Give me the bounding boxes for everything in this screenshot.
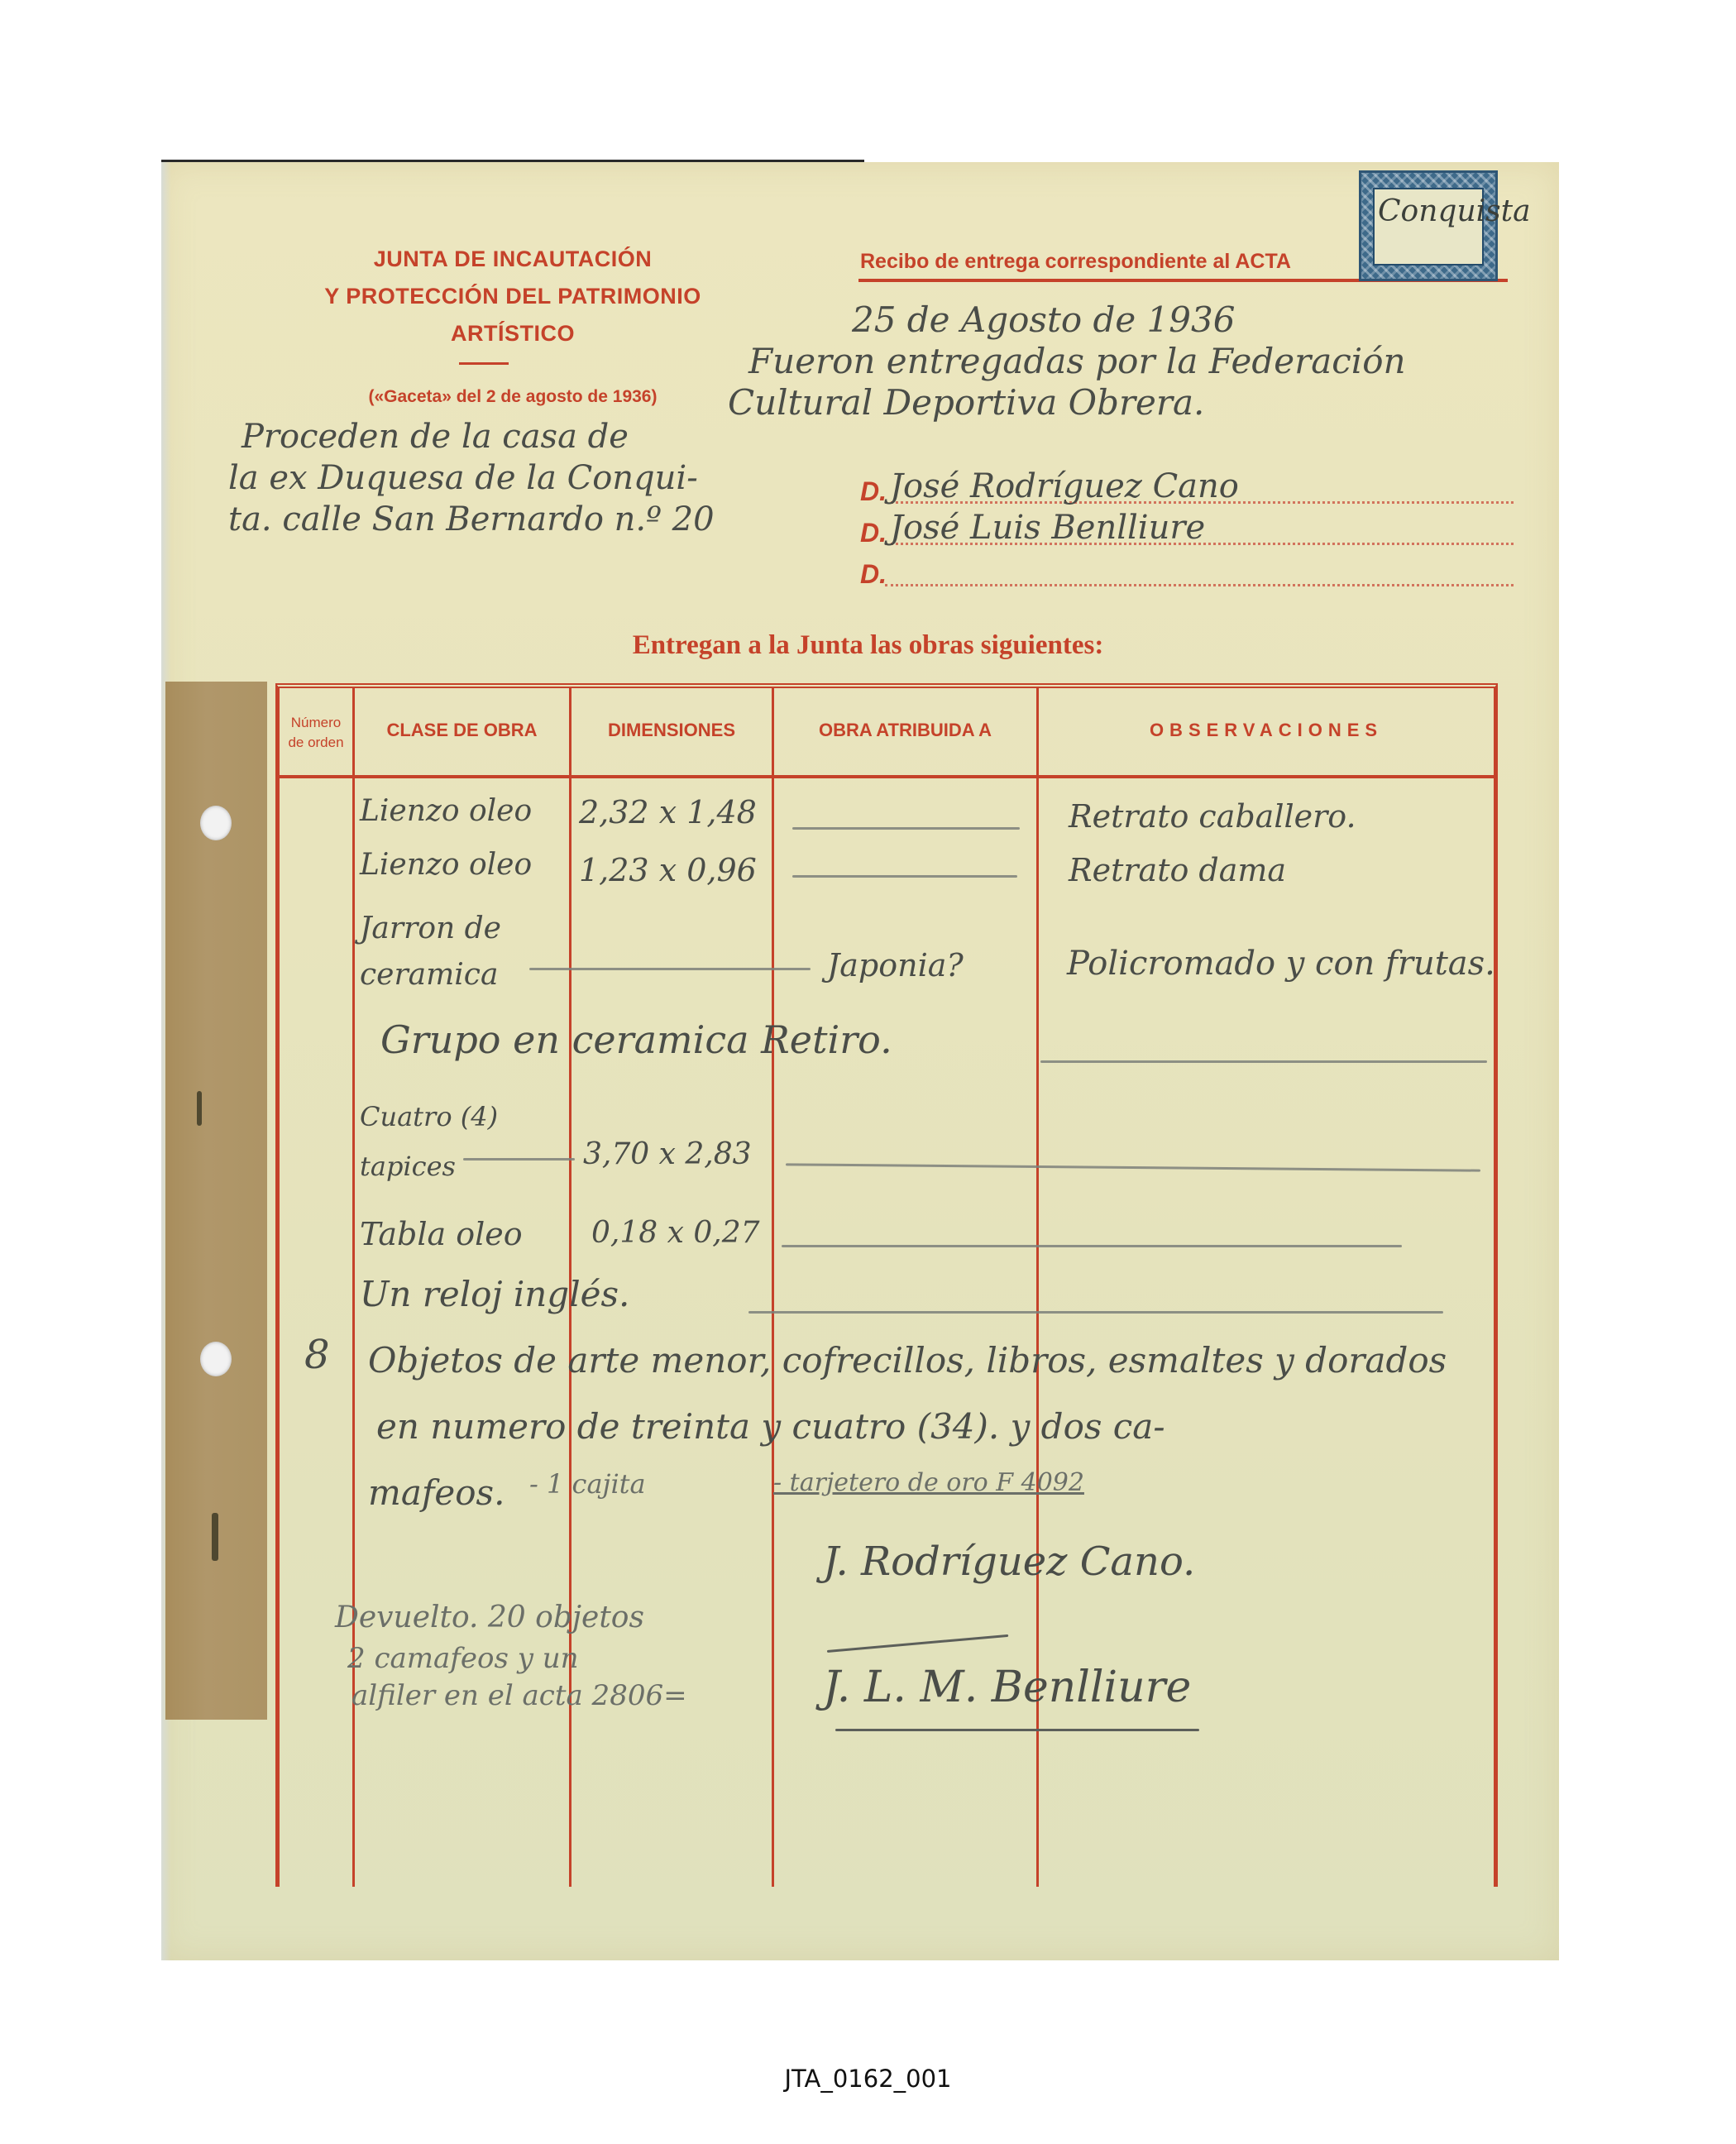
row5-clase: Cuatro (4) tapices	[360, 1092, 550, 1191]
col-header-numero-line1: Número	[280, 713, 352, 733]
signature-rodriguez-cano: J. Rodríguez Cano.	[823, 1539, 1195, 1585]
deliverer-row-3: D.	[860, 558, 1514, 591]
row8-line-2: en numero de treinta y cuatro (34). y do…	[376, 1406, 1165, 1447]
d-prefix: D.	[860, 518, 887, 548]
header-divider	[280, 775, 1494, 778]
row3-clase: Jarron de ceramica	[360, 906, 525, 998]
devuelto-line-2: 2 camafeos y un	[347, 1642, 579, 1675]
row6-dash	[782, 1245, 1402, 1247]
row5-clase-dash	[463, 1158, 575, 1161]
devuelto-line-1: Devuelto. 20 objetos	[335, 1601, 644, 1634]
org-divider	[459, 362, 509, 365]
row2-clase: Lienzo oleo	[360, 848, 532, 882]
dotted-line	[885, 584, 1514, 586]
row4-clase: Grupo en ceramica Retiro.	[380, 1017, 892, 1062]
deliverer-name: José Luis Benlliure	[890, 509, 1205, 547]
row1-clase: Lienzo oleo	[360, 794, 532, 828]
binding-tab	[165, 682, 267, 1720]
punch-hole	[200, 1342, 232, 1376]
row2-observaciones: Retrato dama	[1069, 852, 1286, 888]
stamp-text: Conquista	[1378, 194, 1531, 228]
col-header-observaciones: OBSERVACIONES	[1039, 720, 1494, 741]
pencil-note-tarjetero: - tarjetero de oro F 4092	[773, 1468, 1084, 1497]
row3-atribuida: Japonia?	[827, 947, 964, 983]
row8-line-3: mafeos.	[368, 1472, 505, 1513]
row2-atribuida-dash	[792, 875, 1017, 878]
row1-observaciones: Retrato caballero.	[1069, 798, 1356, 835]
col-header-atribuida: OBRA ATRIBUIDA A	[774, 720, 1036, 741]
row8-numero: 8	[304, 1332, 330, 1378]
d-prefix: D.	[860, 476, 887, 507]
row6-dimensiones: 0,18 x 0,27	[591, 1216, 760, 1250]
row5-dimensiones: 3,70 x 2,83	[583, 1137, 752, 1171]
table-title: Entregan a la Junta las obras siguientes…	[0, 630, 1736, 661]
provenance-line-3: ta. calle San Bernardo n.º 20	[228, 500, 715, 538]
stamp-label-box: Conquista	[1373, 188, 1484, 266]
row3-dimensiones-dash	[529, 968, 811, 970]
sheet-id: JTA_0162_001	[0, 2065, 1736, 2093]
deliverer-name: José Rodríguez Cano	[890, 467, 1239, 505]
pencil-note-cajita: - 1 cajita	[529, 1468, 646, 1500]
row3-observaciones: Policromado y con frutas.	[1067, 945, 1495, 983]
row2-dimensiones: 1,23 x 0,96	[579, 852, 757, 888]
d-prefix: D.	[860, 559, 887, 590]
org-name-line-2: Y PROTECCIÓN DEL PATRIMONIO	[256, 284, 769, 309]
row6-clase: Tabla oleo	[360, 1216, 523, 1252]
deliverer-row-2: D. José Luis Benlliure	[860, 517, 1514, 550]
provenance-line-1: Proceden de la casa de	[242, 418, 629, 456]
delivery-note-line-2: Cultural Deportiva Obrera.	[728, 382, 1204, 423]
acta-stamp: Conquista	[1359, 170, 1498, 281]
delivery-date: 25 de Agosto de 1936	[852, 299, 1235, 340]
org-name-line-1: JUNTA DE INCAUTACIÓN	[256, 246, 769, 272]
row4-observaciones-dash	[1040, 1060, 1487, 1063]
org-name-line-3: ARTÍSTICO	[256, 321, 769, 347]
col-header-clase: CLASE DE OBRA	[355, 720, 569, 741]
row8-line-1: Objetos de arte menor, cofrecillos, libr…	[368, 1340, 1447, 1381]
recibo-label: Recibo de entrega correspondiente al ACT…	[860, 250, 1291, 274]
gaceta-reference: («Gaceta» del 2 de agosto de 1936)	[256, 387, 769, 407]
provenance-line-2: la ex Duquesa de la Conqui-	[228, 459, 698, 497]
row1-dimensiones: 2,32 x 1,48	[579, 794, 757, 830]
punch-hole	[200, 806, 232, 840]
col-header-dimensiones: DIMENSIONES	[571, 720, 772, 741]
row7-dash	[748, 1311, 1443, 1314]
signature-benlliure: J. L. M. Benlliure	[823, 1663, 1191, 1712]
col-header-numero: Número de orden	[280, 713, 352, 753]
row7-clase: Un reloj inglés.	[360, 1274, 629, 1314]
column-divider	[772, 688, 774, 1887]
row1-atribuida-dash	[792, 827, 1020, 830]
stain-mark	[197, 1091, 202, 1126]
deliverer-row-1: D. José Rodríguez Cano	[860, 476, 1514, 509]
stain-mark	[212, 1513, 218, 1561]
col-header-numero-line2: de orden	[280, 733, 352, 753]
delivery-note-line-1: Fueron entregadas por la Federación	[748, 341, 1406, 381]
devuelto-line-3: alfiler en el acta 2806=	[352, 1679, 687, 1712]
signature-underline	[835, 1729, 1199, 1731]
